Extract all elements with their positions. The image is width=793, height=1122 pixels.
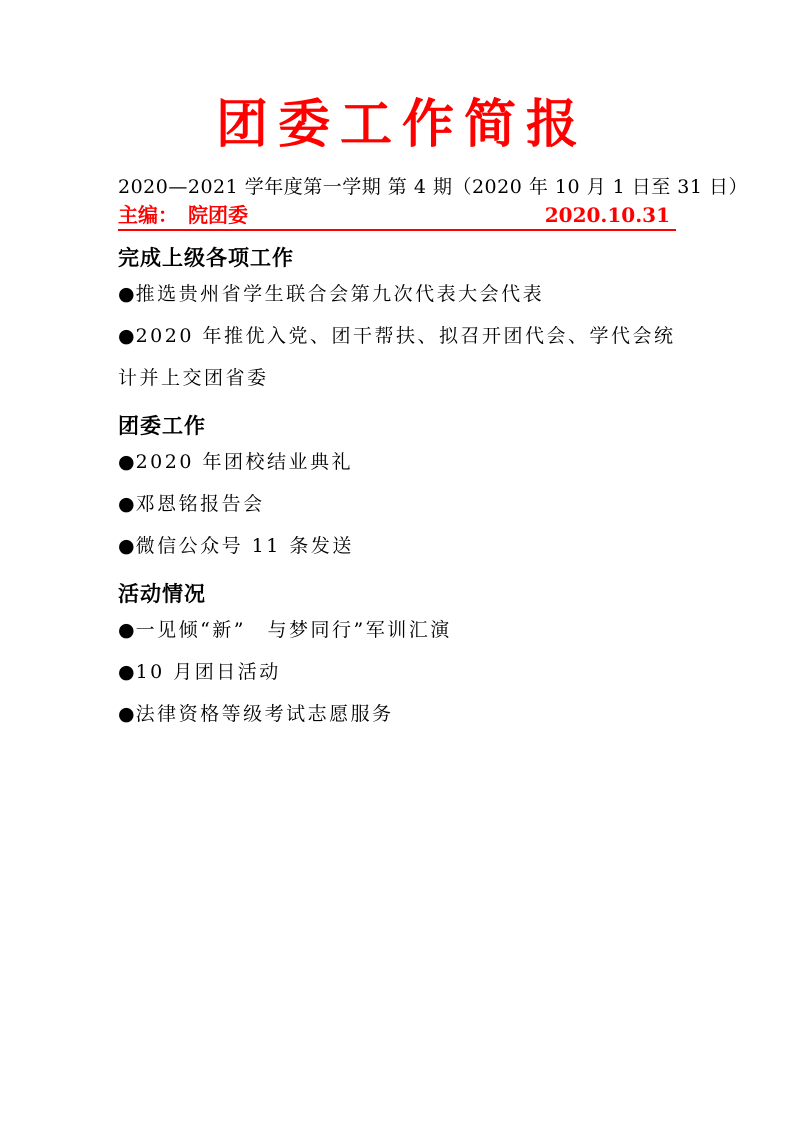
bullet-item-text: 10 月团日活动 — [136, 661, 281, 683]
bullet-icon: ● — [118, 283, 136, 305]
bullet-item-text: 2020 年团校结业典礼 — [136, 451, 353, 473]
issue-info-line: 2020—2021 学年度第一学期 第 4 期（2020 年 10 月 1 日至… — [118, 174, 676, 200]
bullet-item-text: 推选贵州省学生联合会第九次代表大会代表 — [136, 283, 545, 305]
bullet-item: ●推选贵州省学生联合会第九次代表大会代表 — [118, 273, 676, 315]
section-superior-tasks: 完成上级各项工作 ●推选贵州省学生联合会第九次代表大会代表 ●2020 年推优入… — [118, 243, 676, 399]
section-committee-work: 团委工作 ●2020 年团校结业典礼 ●邓恩铭报告会 ●微信公众号 11 条发送 — [118, 411, 676, 567]
bullet-item: ●一见倾“新” 与梦同行”军训汇演 — [118, 609, 676, 651]
bullet-icon: ● — [118, 493, 136, 515]
document-content: 团委工作简报 2020—2021 学年度第一学期 第 4 期（2020 年 10… — [118, 94, 676, 735]
section-heading: 活动情况 — [118, 579, 676, 609]
bullet-item-text: 法律资格等级考试志愿服务 — [136, 703, 394, 725]
bullet-icon: ● — [118, 703, 136, 725]
bullet-icon: ● — [118, 535, 136, 557]
byline-row: 主编： 院团委 2020.10.31 — [118, 204, 676, 231]
section-heading: 完成上级各项工作 — [118, 243, 676, 273]
bullet-item: ●微信公众号 11 条发送 — [118, 525, 676, 567]
bullet-icon: ● — [118, 661, 136, 683]
bullet-icon: ● — [118, 619, 136, 641]
bullet-item: ●2020 年推优入党、团干帮扶、拟召开团代会、学代会统计并上交团省委 — [118, 315, 676, 399]
section-heading: 团委工作 — [118, 411, 676, 441]
bullet-item: ●法律资格等级考试志愿服务 — [118, 693, 676, 735]
briefing-document-page: 团委工作简报 2020—2021 学年度第一学期 第 4 期（2020 年 10… — [0, 0, 793, 1122]
bullet-item: ●2020 年团校结业典礼 — [118, 441, 676, 483]
editor-label: 主编： 院团委 — [118, 204, 248, 226]
bullet-item: ●10 月团日活动 — [118, 651, 676, 693]
bullet-icon: ● — [118, 325, 136, 347]
bullet-item-text: 一见倾“新” 与梦同行”军训汇演 — [136, 619, 452, 641]
issue-date: 2020.10.31 — [545, 204, 676, 226]
page-title: 团委工作简报 — [118, 94, 676, 156]
bullet-item-text: 邓恩铭报告会 — [136, 493, 265, 515]
bullet-item-text: 微信公众号 11 条发送 — [136, 535, 354, 557]
bullet-icon: ● — [118, 451, 136, 473]
bullet-item: ●邓恩铭报告会 — [118, 483, 676, 525]
bullet-item-text: 2020 年推优入党、团干帮扶、拟召开团代会、学代会统计并上交团省委 — [118, 325, 676, 389]
section-activities: 活动情况 ●一见倾“新” 与梦同行”军训汇演 ●10 月团日活动 ●法律资格等级… — [118, 579, 676, 735]
